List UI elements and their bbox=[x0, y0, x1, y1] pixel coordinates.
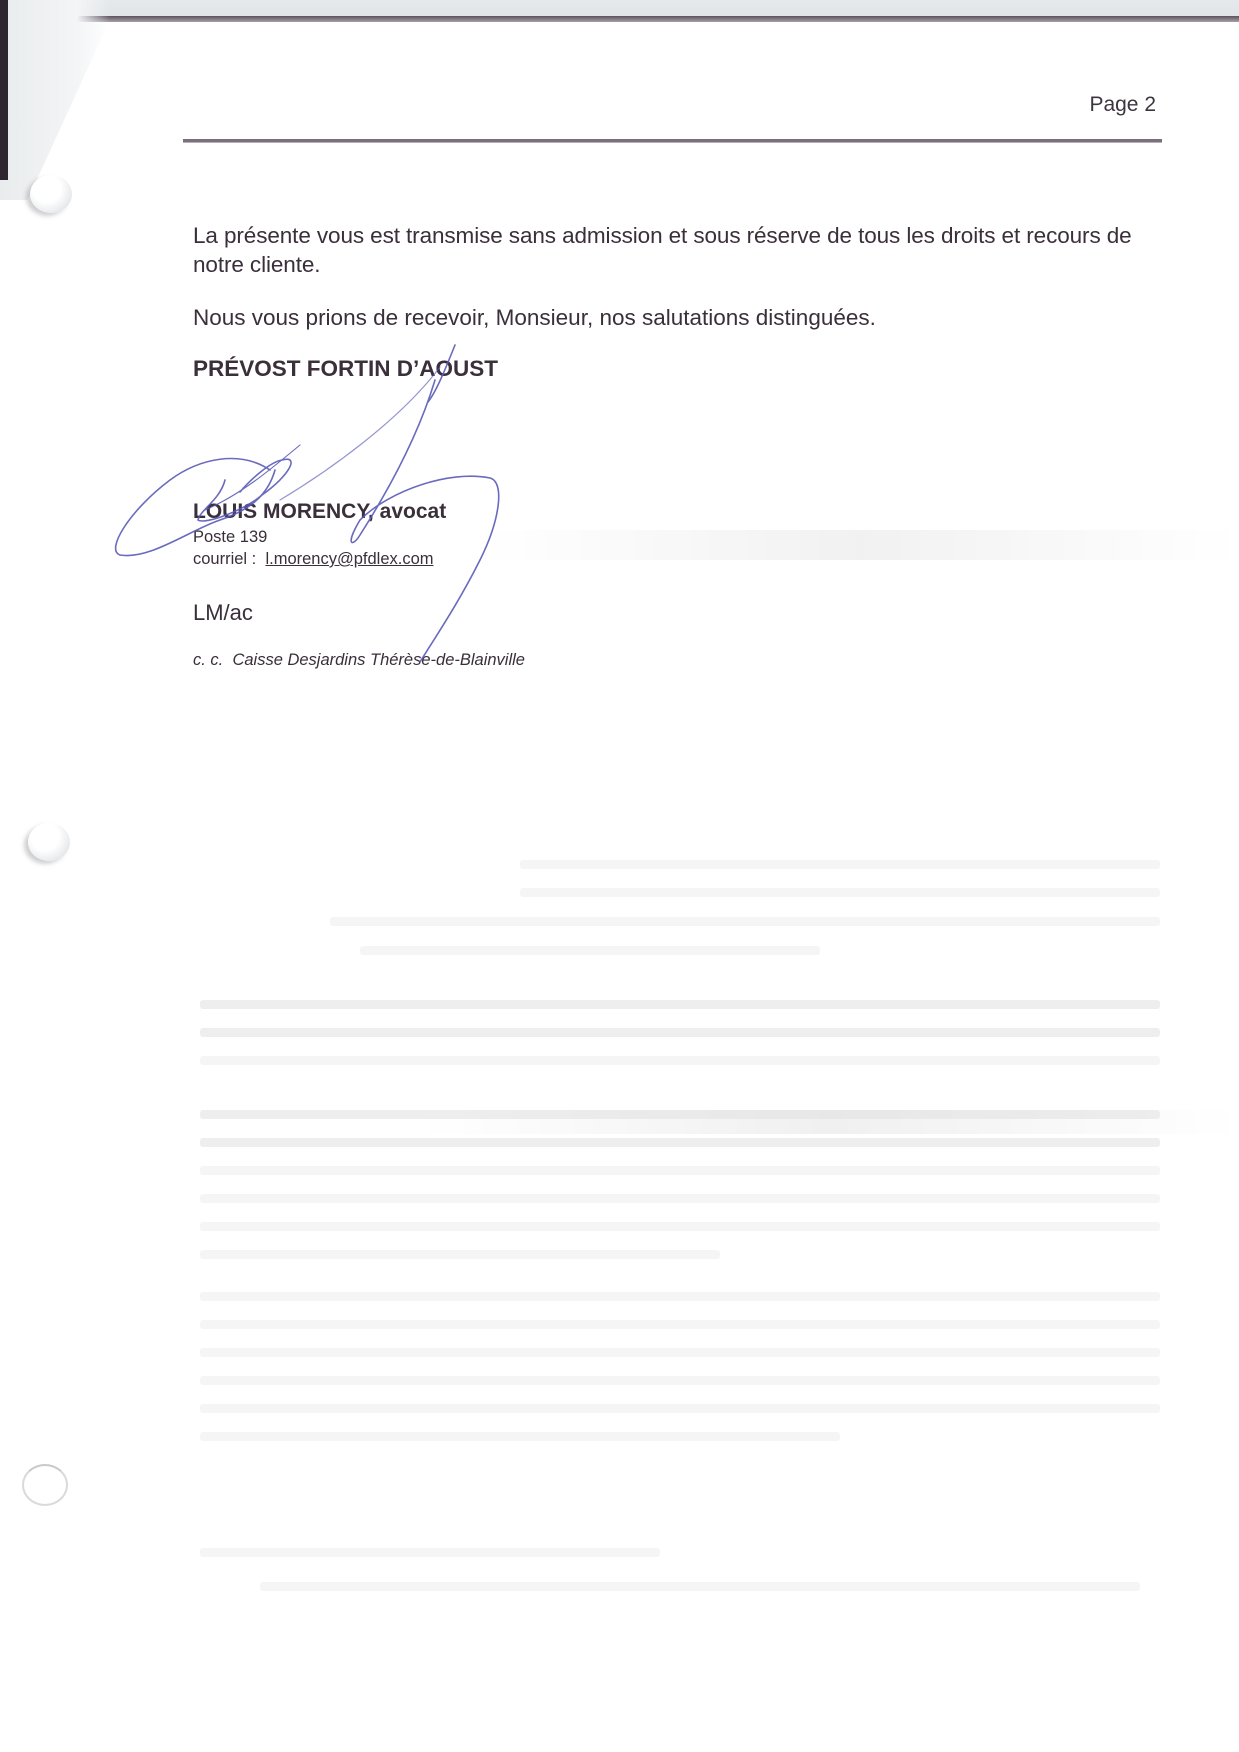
closing-paragraph: La présente vous est transmise sans admi… bbox=[193, 221, 1158, 279]
salutation-paragraph: Nous vous prions de recevoir, Monsieur, … bbox=[193, 303, 1158, 332]
header-divider bbox=[183, 139, 1162, 143]
punch-hole-icon bbox=[22, 1464, 68, 1506]
typist-initials: LM/ac bbox=[193, 600, 253, 626]
signer-email-line: courriel : l.morency@pfdlex.com bbox=[193, 550, 434, 569]
cc-prefix: c. c. bbox=[193, 651, 223, 669]
signer-name: LOUIS MORENCY, avocat bbox=[193, 500, 446, 524]
email-label: courriel : bbox=[193, 550, 256, 568]
carbon-copy-line: c. c. Caisse Desjardins Thérèse-de-Blain… bbox=[193, 651, 525, 670]
signer-extension: Poste 139 bbox=[193, 528, 267, 547]
page-number: Page 2 bbox=[1089, 93, 1156, 117]
punch-hole-icon bbox=[30, 175, 72, 213]
paper-top-edge bbox=[40, 16, 1239, 22]
cc-recipient: Caisse Desjardins Thérèse-de-Blainville bbox=[232, 651, 525, 669]
firm-name: PRÉVOST FORTIN D’AOUST bbox=[193, 356, 498, 382]
scan-left-edge bbox=[0, 0, 8, 180]
email-link[interactable]: l.morency@pfdlex.com bbox=[265, 550, 433, 568]
punch-hole-icon bbox=[28, 823, 70, 861]
